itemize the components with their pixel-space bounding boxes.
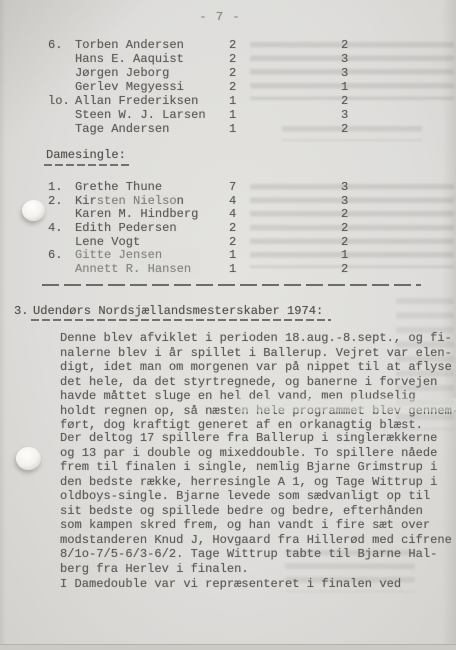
score-1-cell: 1 [229,108,341,122]
rank-cell [48,52,75,66]
section-number: 3. [14,304,29,318]
rank-cell [48,66,75,80]
score-1-cell: 2 [229,52,341,66]
section-divider [42,284,421,286]
damesingle-underline [44,164,130,166]
rank-cell: 2. [48,195,75,209]
score-1-cell: 7 [229,181,341,195]
player-name-cell: Torben Andersen [75,38,229,52]
hole-punch-bottom [16,447,41,470]
table-row: 6. Gitte Jensen 1 1 [48,249,408,263]
rank-cell: lo. [48,94,75,108]
table-row: Karen M. Hindberg 4 2 [48,208,408,222]
score-2-cell: 2 [341,38,381,52]
player-name-cell: Edith Pedersen [75,222,229,236]
score-2-cell: 1 [341,249,381,263]
table-row: 6. Torben Andersen 2 2 [48,38,408,52]
page-number: - 7 - [190,10,250,24]
score-2-cell: 2 [341,222,381,236]
player-name-cell: Gitte Jensen [75,249,229,263]
score-1-cell: 1 [229,122,341,136]
player-name-cell: Karen M. Hindberg [75,208,229,222]
rank-cell: 6. [48,249,75,263]
score-1-cell: 1 [229,94,341,108]
player-name-cell: Allan Frederiksen [75,94,229,108]
table-row: 1. Grethe Thune 7 3 [48,181,408,195]
table-row: Gerlev Megyessi 2 1 [48,80,408,94]
rank-cell [48,80,75,94]
score-1-cell: 4 [229,208,341,222]
player-name-cell: Steen W. J. Larsen [75,108,229,122]
herresingle-table: 6. Torben Andersen 2 2 Hans E. Aaquist 2… [48,38,408,136]
score-1-cell: 2 [229,80,341,94]
score-1-cell: 4 [229,195,341,209]
table-row: Steen W. J. Larsen 1 3 [48,108,408,122]
score-2-cell: 3 [341,52,381,66]
player-name-cell: Jørgen Jeborg [75,66,229,80]
section-heading-underline [31,319,331,321]
score-2-cell: 1 [341,80,381,94]
table-row: lo. Allan Frederiksen 1 2 [48,94,408,108]
scanned-page: - 7 - 6. Torben Andersen 2 2 Hans E. Aaq… [0,0,456,650]
score-1-cell: 2 [229,66,341,80]
table-row: Hans E. Aaquist 2 3 [48,52,408,66]
paragraph-1: Denne blev afviklet i perioden 18.aug.-8… [60,331,456,433]
rank-cell [48,108,75,122]
player-name-cell: Grethe Thune [75,181,229,195]
rank-cell: 1. [48,181,75,195]
rank-cell [48,263,75,277]
player-name-cell: Gerlev Megyessi [75,80,229,94]
rank-cell: 6. [48,38,75,52]
hole-punch-top [22,200,45,221]
damesingle-table: 1. Grethe Thune 7 3 2. Kirsten Nielson 4… [48,181,408,277]
score-2-cell: 2 [341,208,381,222]
player-name-cell: Hans E. Aaquist [75,52,229,66]
score-1-cell: 2 [229,222,341,236]
score-2-cell: 3 [341,108,381,122]
score-2-cell: 3 [341,181,381,195]
table-row: Annett R. Hansen 1 2 [48,263,408,277]
rank-cell [48,208,75,222]
score-2-cell: 2 [341,94,381,108]
score-2-cell: 2 [341,122,381,136]
table-row: 4. Edith Pedersen 2 2 [48,222,408,236]
score-2-cell: 2 [341,263,381,277]
player-name-cell: Tage Andersen [75,122,229,136]
table-row: Jørgen Jeborg 2 3 [48,66,408,80]
section-heading: Udendørs Nordsjællandsmesterskaber 1974: [33,304,323,318]
score-1-cell: 1 [229,249,341,263]
score-1-cell: 2 [229,236,341,250]
rank-cell [48,122,75,136]
paragraph-2: Der deltog 17 spillere fra Ballerup i si… [60,431,452,576]
score-2-cell: 3 [341,66,381,80]
rank-cell: 4. [48,222,75,236]
score-1-cell: 2 [229,38,341,52]
damesingle-heading: Damesingle: [46,148,126,162]
player-name-cell: Annett R. Hansen [75,263,229,277]
closing-line: I Damedouble var vi repræsenteret i fina… [60,577,401,592]
page-bottom-edge [0,644,456,650]
table-row: Tage Andersen 1 2 [48,122,408,136]
score-1-cell: 1 [229,263,341,277]
